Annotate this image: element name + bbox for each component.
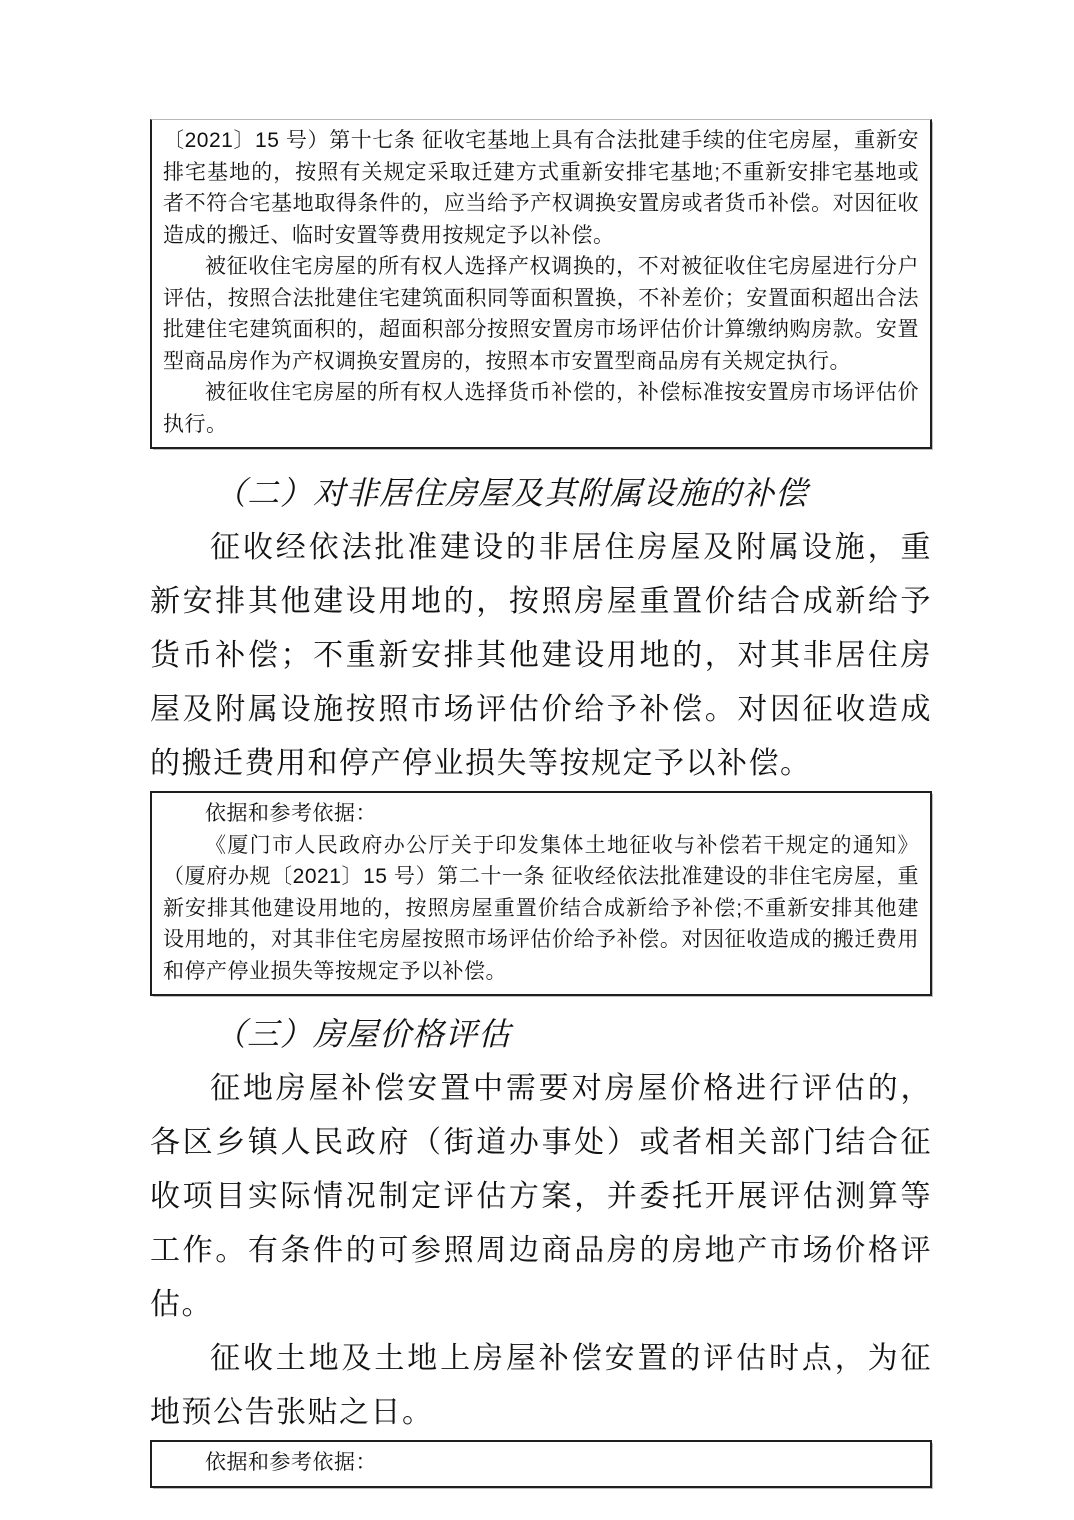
reference-box-3: 依据和参考依据： <box>150 1440 932 1488</box>
section-2-body-paragraph: 征收经依法批准建设的非居住房屋及附属设施，重新安排其他建设用地的，按照房屋重置价… <box>150 521 932 791</box>
reference-box-continued: 〔2021〕15 号）第十七条 征收宅基地上具有合法批建手续的住宅房屋，重新安排… <box>150 119 932 449</box>
page-content: 〔2021〕15 号）第十七条 征收宅基地上具有合法批建手续的住宅房屋，重新安排… <box>150 0 932 1488</box>
reference-paragraph-3: 被征收住宅房屋的所有权人选择货币补偿的，补偿标准按安置房市场评估价执行。 <box>163 377 919 440</box>
reference-box-3-label: 依据和参考依据： <box>163 1447 919 1479</box>
reference-box-2-label: 依据和参考依据： <box>163 798 919 830</box>
section-3-body-paragraph-1: 征地房屋补偿安置中需要对房屋价格进行评估的，各区乡镇人民政府（街道办事处）或者相… <box>150 1062 932 1332</box>
reference-box-2-paragraph: 《厦门市人民政府办公厅关于印发集体土地征收与补偿若干规定的通知》（厦府办规〔20… <box>163 830 919 988</box>
document-page: 〔2021〕15 号）第十七条 征收宅基地上具有合法批建手续的住宅房屋，重新安排… <box>0 0 1074 1520</box>
section-3-body-paragraph-2: 征收土地及土地上房屋补偿安置的评估时点，为征地预公告张贴之日。 <box>150 1332 932 1440</box>
section-heading-3: （三）房屋价格评估 <box>150 1006 932 1062</box>
reference-box-2: 依据和参考依据： 《厦门市人民政府办公厅关于印发集体土地征收与补偿若干规定的通知… <box>150 791 932 996</box>
section-heading-2: （二）对非居住房屋及其附属设施的补偿 <box>150 465 932 521</box>
reference-paragraph-1: 〔2021〕15 号）第十七条 征收宅基地上具有合法批建手续的住宅房屋，重新安排… <box>163 125 919 251</box>
reference-paragraph-2: 被征收住宅房屋的所有权人选择产权调换的，不对被征收住宅房屋进行分户评估，按照合法… <box>163 251 919 377</box>
